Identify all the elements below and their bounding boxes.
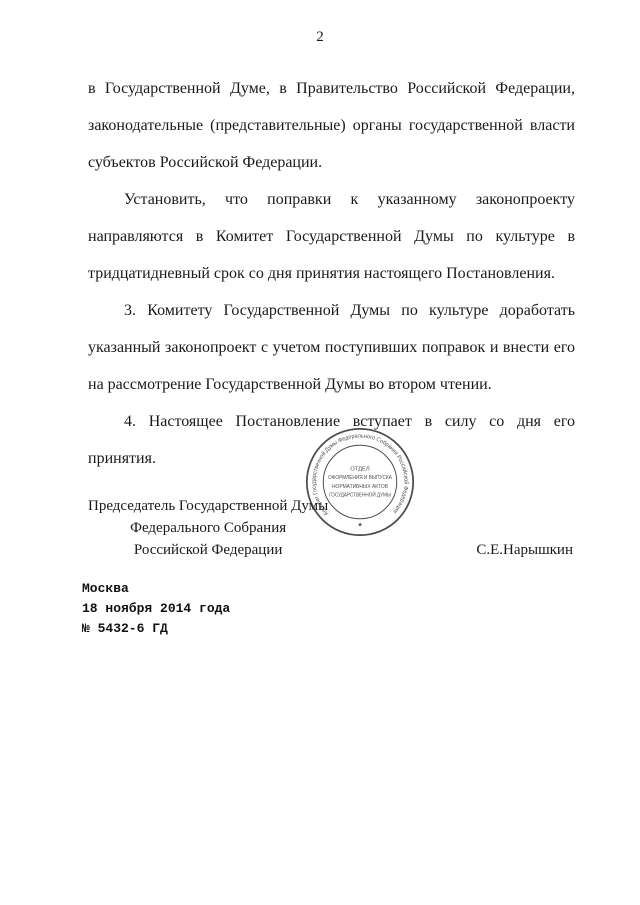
- document-page: 2 в Государственной Думе, в Правительств…: [0, 0, 640, 905]
- signatory-title-line2: Федерального Собрания: [88, 517, 328, 539]
- signatory-title-line3: Российской Федерации: [88, 539, 328, 561]
- issue-details-block: Москва 18 ноября 2014 года № 5432-6 ГД: [82, 579, 640, 639]
- issue-date: 18 ноября 2014 года: [82, 599, 640, 619]
- document-body: в Государственной Думе, в Правительство …: [88, 70, 575, 477]
- signature-block: Председатель Государственной Думы Федера…: [88, 495, 575, 561]
- signatory-name: С.Е.Нарышкин: [476, 539, 575, 561]
- paragraph-item-3: 3. Комитету Государственной Думы по куль…: [88, 292, 575, 403]
- issue-number: № 5432-6 ГД: [82, 619, 640, 639]
- signatory-title: Председатель Государственной Думы Федера…: [88, 495, 328, 561]
- paragraph-continuation: в Государственной Думе, в Правительство …: [88, 70, 575, 181]
- paragraph-item-4: 4. Настоящее Постановление вступает в си…: [88, 403, 575, 477]
- signatory-title-line1: Председатель Государственной Думы: [88, 495, 328, 517]
- issue-city: Москва: [82, 579, 640, 599]
- paragraph-ustanovit: Установить, что поправки к указанному за…: [88, 181, 575, 292]
- page-number: 2: [0, 0, 640, 46]
- stamp-center-line3: НОРМАТИВНЫХ АКТОВ: [332, 484, 388, 490]
